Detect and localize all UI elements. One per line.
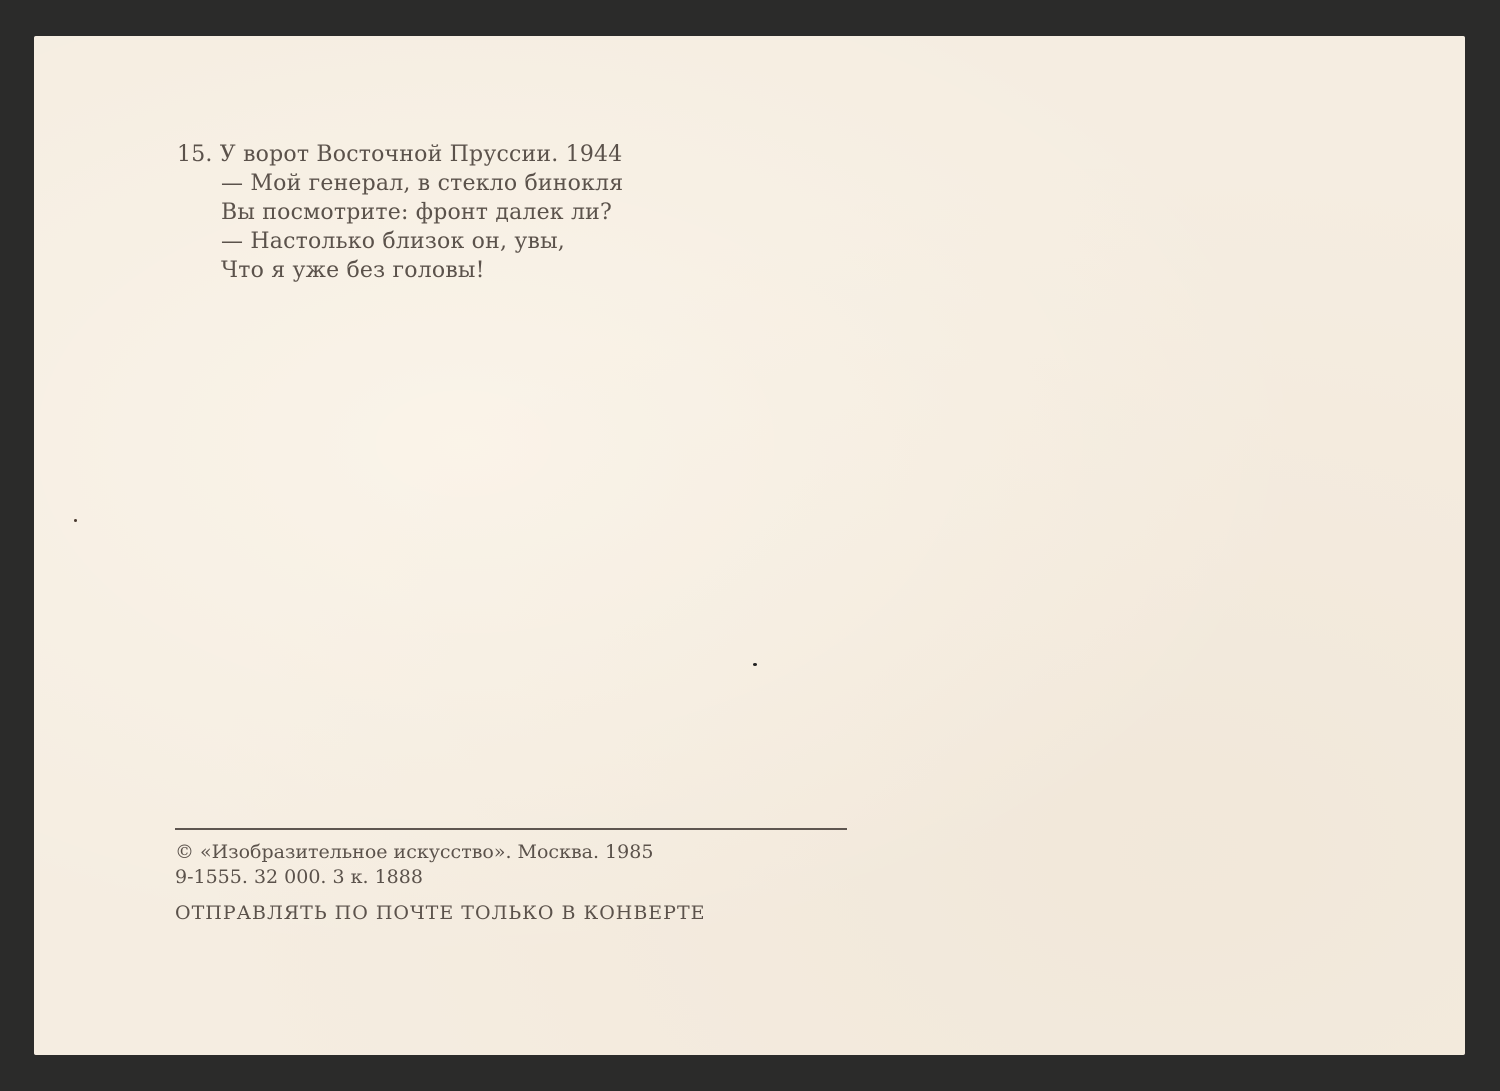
verse-line: Вы посмотрите: фронт далек ли? (177, 198, 623, 227)
verse-line: — Настолько близок он, увы, (177, 227, 623, 256)
paper-speck (74, 519, 77, 522)
divider-rule (175, 828, 847, 830)
postcard-back: 15. У ворот Восточной Пруссии. 1944 — Мо… (34, 36, 1465, 1055)
print-run-line: 9-1555. 32 000. 3 к. 1888 (175, 865, 653, 890)
imprint-block: © «Изобразительное искусство». Москва. 1… (175, 840, 653, 890)
verse-line: — Мой генерал, в стекло бинокля (177, 169, 623, 198)
publisher-line: © «Изобразительное искусство». Москва. 1… (175, 840, 653, 865)
artwork-caption: 15. У ворот Восточной Пруссии. 1944 — Мо… (177, 140, 623, 285)
caption-title: 15. У ворот Восточной Пруссии. 1944 (177, 140, 623, 169)
mailing-instruction: ОТПРАВЛЯТЬ ПО ПОЧТЕ ТОЛЬКО В КОНВЕРТЕ (175, 902, 706, 924)
verse-line: Что я уже без головы! (177, 256, 623, 285)
paper-speck (753, 663, 757, 666)
